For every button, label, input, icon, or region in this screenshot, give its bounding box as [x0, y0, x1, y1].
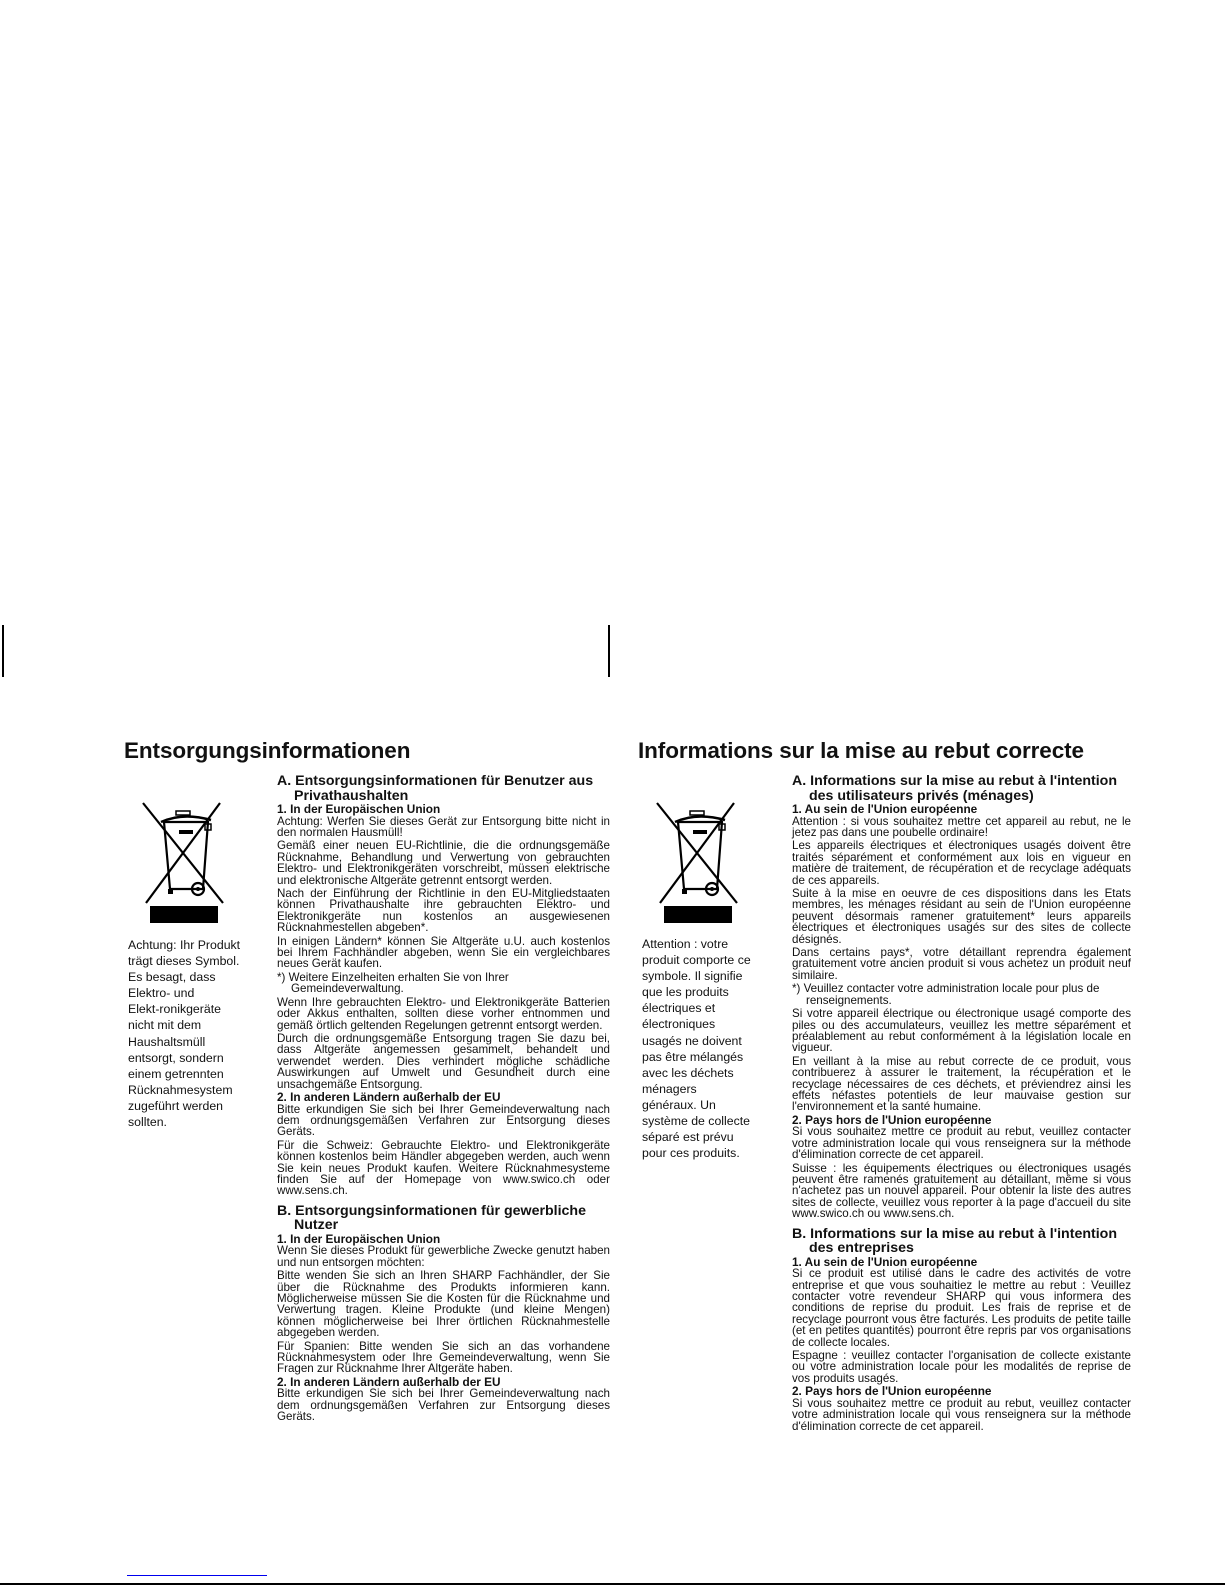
symbol-note-line: séparé est prévu — [642, 1129, 772, 1145]
symbol-note-line: einem getrennten — [128, 1066, 263, 1082]
symbol-note-line: généraux. Un — [642, 1097, 772, 1113]
paragraph: Bitte erkundigen Sie sich bei Ihrer Geme… — [277, 1104, 610, 1138]
symbol-note-line: Elekt-ronikgeräte — [128, 1001, 263, 1017]
symbol-note-line: zugeführt werden — [128, 1098, 263, 1114]
french-section-a-sub1: 1. Au sein de l'Union européenne — [792, 804, 1131, 816]
symbol-note-line: que les produits — [642, 984, 772, 1000]
symbol-note-line: électroniques — [642, 1016, 772, 1032]
symbol-note-line: entsorgt, sondern — [128, 1050, 263, 1066]
weee-crossed-bin-icon — [138, 800, 248, 925]
symbol-note-line: symbole. Il signifie — [642, 968, 772, 984]
paragraph: Suite à la mise en oeuvre de ces disposi… — [792, 888, 1131, 945]
paragraph: Dans certains pays*, votre détaillant re… — [792, 947, 1131, 981]
german-section-b-heading: B. Entsorgungsinformationen für gewerbli… — [277, 1204, 610, 1233]
symbol-note-line: Elektro- und — [128, 985, 263, 1001]
french-body: A. Informations sur la mise au rebut à l… — [792, 774, 1131, 1434]
paragraph: Wenn Sie dieses Produkt für gewerbliche … — [277, 1245, 610, 1268]
symbol-note-line: Haushaltsmüll — [128, 1034, 263, 1050]
footnote: *) Veuillez contacter votre administrati… — [792, 983, 1131, 1006]
paragraph: Espagne : veuillez contacter l'organisat… — [792, 1350, 1131, 1384]
paragraph: Bitte wenden Sie sich an Ihren SHARP Fac… — [277, 1270, 610, 1338]
paragraph: Si votre appareil électrique ou électron… — [792, 1008, 1131, 1054]
symbol-note-line: électriques et — [642, 1000, 772, 1016]
symbol-note-line: produit comporte ce — [642, 952, 772, 968]
french-symbol-note: Attention : votre produit comporte ce sy… — [642, 936, 772, 1161]
symbol-note-line: pour ces produits. — [642, 1145, 772, 1161]
symbol-note-line: Attention : votre — [642, 936, 772, 952]
german-body: A. Entsorgungsinformationen für Benutzer… — [277, 774, 610, 1425]
german-section-a-heading: A. Entsorgungsinformationen für Benutzer… — [277, 774, 610, 803]
paragraph: Si vous souhaitez mettre ce produit au r… — [792, 1398, 1131, 1432]
paragraph: Gemäß einer neuen EU-Richtlinie, die die… — [277, 840, 610, 886]
weee-crossed-bin-icon — [652, 800, 762, 925]
symbol-note-line: Es besagt, dass — [128, 969, 263, 985]
symbol-note-line: ménagers — [642, 1081, 772, 1097]
paragraph: Attention : si vous souhaitez mettre cet… — [792, 816, 1131, 839]
german-title: Entsorgungsinformationen — [124, 738, 410, 764]
symbol-note-line: Achtung: Ihr Produkt — [128, 937, 263, 953]
footnote: *) Weitere Einzelheiten erhalten Sie von… — [277, 972, 610, 995]
symbol-note-line: usagés ne doivent — [642, 1033, 772, 1049]
paragraph: Les appareils électriques et électroniqu… — [792, 840, 1131, 886]
paragraph: Bitte erkundigen Sie sich bei Ihrer Geme… — [277, 1388, 610, 1422]
symbol-note-line: Rücknahmesystem — [128, 1082, 263, 1098]
german-symbol-note: Achtung: Ihr Produkt trägt dieses Symbol… — [128, 937, 263, 1130]
paragraph: Achtung: Werfen Sie dieses Gerät zur Ent… — [277, 816, 610, 839]
paragraph: Für Spanien: Bitte wenden Sie sich an da… — [277, 1341, 610, 1375]
paragraph: Suisse : les équipements électriques ou … — [792, 1163, 1131, 1220]
symbol-note-line: nicht mit dem — [128, 1017, 263, 1033]
french-title: Informations sur la mise au rebut correc… — [638, 738, 1084, 764]
paragraph: Wenn Ihre gebrauchten Elektro- und Elekt… — [277, 997, 610, 1031]
center-margin-bar — [608, 625, 610, 677]
link-underline — [127, 1575, 267, 1576]
french-section-b-heading: B. Informations sur la mise au rebut à l… — [792, 1227, 1131, 1256]
paragraph: Nach der Einführung der Richtlinie in de… — [277, 888, 610, 934]
german-section-a-sub1: 1. In der Europäischen Union — [277, 804, 610, 816]
symbol-note-line: sollten. — [128, 1114, 263, 1130]
paragraph: En veillant à la mise au rebut correcte … — [792, 1056, 1131, 1113]
paragraph: Si ce produit est utilisé dans le cadre … — [792, 1268, 1131, 1348]
symbol-note-line: système de collecte — [642, 1113, 772, 1129]
german-section-a-sub2: 2. In anderen Ländern außerhalb der EU — [277, 1092, 610, 1104]
paragraph: Für die Schweiz: Gebrauchte Elektro- und… — [277, 1140, 610, 1197]
symbol-note-line: pas être mélangés — [642, 1049, 772, 1065]
symbol-note-line: avec les déchets — [642, 1065, 772, 1081]
paragraph: In einigen Ländern* können Sie Altgeräte… — [277, 936, 610, 970]
french-section-a-heading: A. Informations sur la mise au rebut à l… — [792, 774, 1131, 803]
symbol-note-line: trägt dieses Symbol. — [128, 953, 263, 969]
left-margin-bar — [2, 625, 4, 677]
paragraph: Durch die ordnungsgemäße Entsorgung trag… — [277, 1033, 610, 1090]
paragraph: Si vous souhaitez mettre ce produit au r… — [792, 1126, 1131, 1160]
